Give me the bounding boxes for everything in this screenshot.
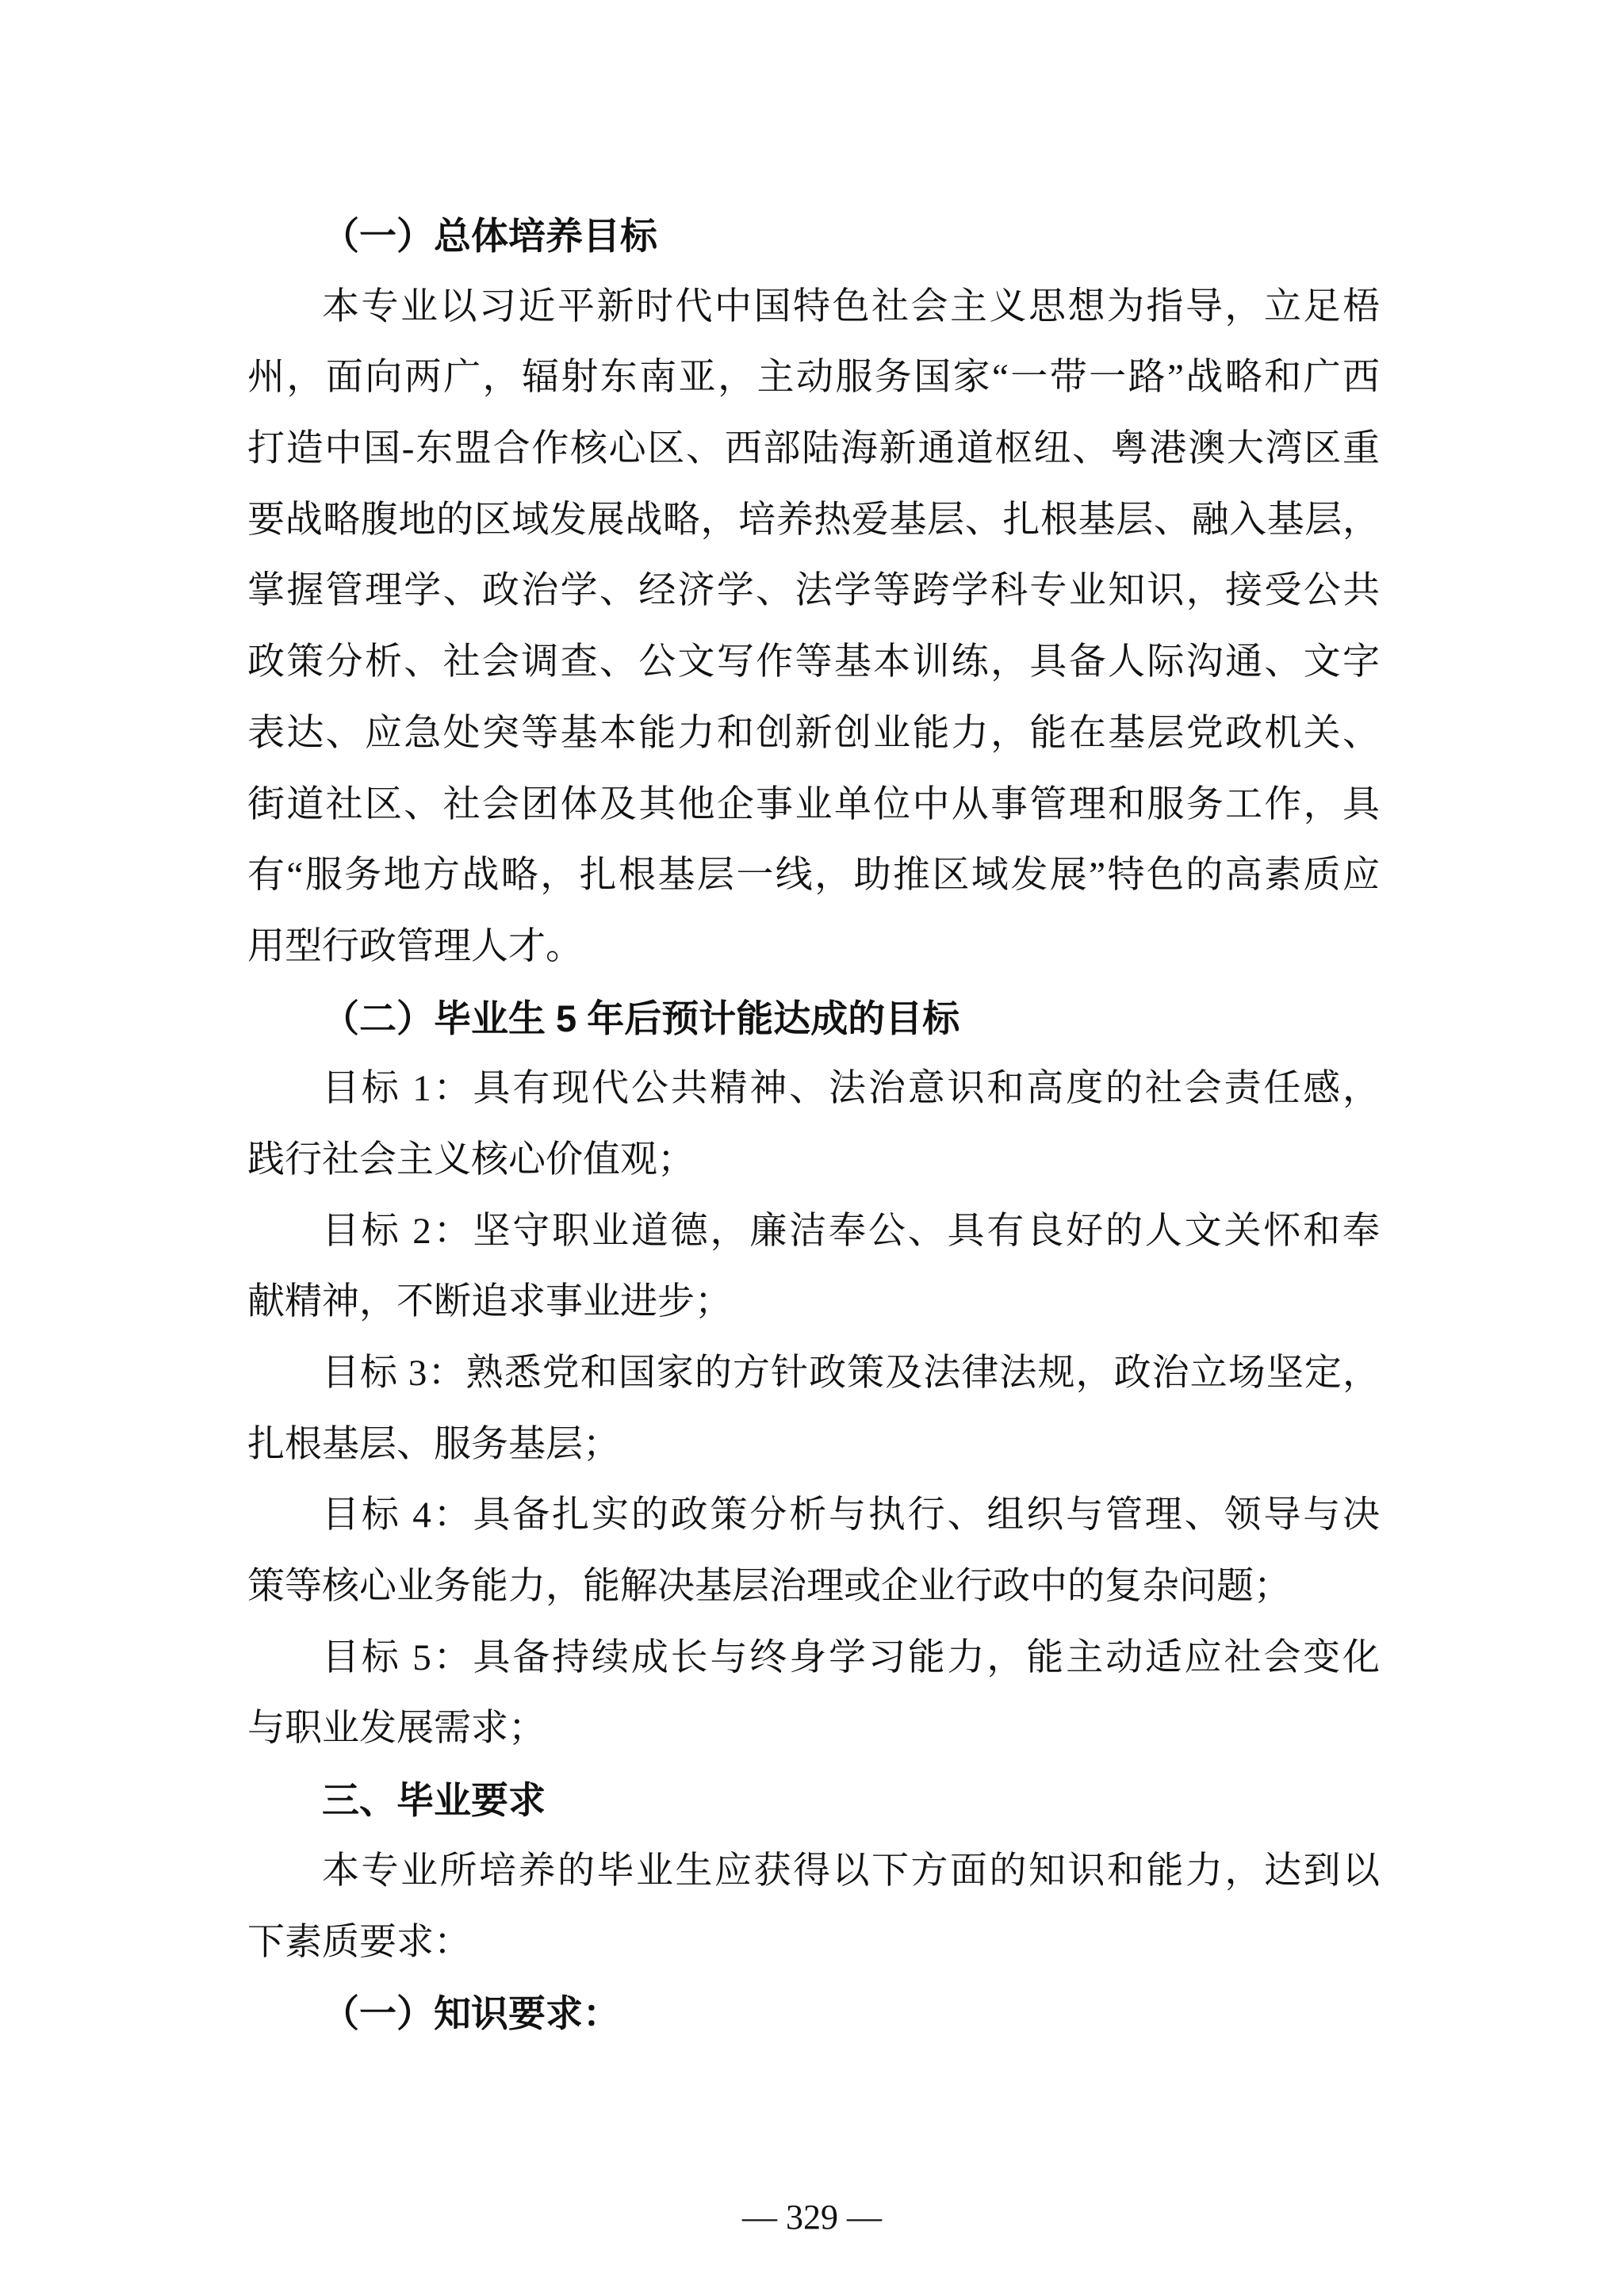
- text-line: 用型行政管理人才。: [247, 912, 1380, 983]
- text-line: 表达、应急处突等基本能力和创新创业能力，能在基层党政机关、: [247, 698, 1380, 770]
- text-line: 下素质要求：: [247, 1908, 1380, 1979]
- section-heading: 三、毕业要求: [247, 1765, 1380, 1836]
- document-page: （一）总体培养目标 本专业以习近平新时代中国特色社会主义思想为指导，立足梧 州，…: [0, 0, 1624, 2296]
- text-line: 要战略腹地的区域发展战略，培养热爱基层、扎根基层、融入基层，: [247, 485, 1380, 557]
- text-line: 目标 4：具备扎实的政策分析与执行、组织与管理、领导与决: [247, 1480, 1380, 1552]
- text-line: 践行社会主义核心价值观；: [247, 1125, 1380, 1196]
- text-line: 有“服务地方战略，扎根基层一线，助推区域发展”特色的高素质应: [247, 840, 1380, 912]
- text-line: 本专业所培养的毕业生应获得以下方面的知识和能力，达到以: [247, 1836, 1380, 1908]
- section-heading: （二）毕业生 5 年后预计能达成的目标: [247, 983, 1380, 1054]
- text-line: 献精神，不断追求事业进步；: [247, 1267, 1380, 1338]
- text-line: 与职业发展需求；: [247, 1693, 1380, 1765]
- section-heading: （一）总体培养目标: [247, 201, 1380, 272]
- text-line: 目标 2：坚守职业道德，廉洁奉公、具有良好的人文关怀和奉: [247, 1196, 1380, 1268]
- text-line: 打造中国-东盟合作核心区、西部陆海新通道枢纽、粤港澳大湾区重: [247, 414, 1380, 485]
- text-line: 目标 5：具备持续成长与终身学习能力，能主动适应社会变化: [247, 1623, 1380, 1694]
- document-body: （一）总体培养目标 本专业以习近平新时代中国特色社会主义思想为指导，立足梧 州，…: [247, 201, 1380, 2049]
- text-line: 目标 1：具有现代公共精神、法治意识和高度的社会责任感，: [247, 1054, 1380, 1125]
- text-line: 街道社区、社会团体及其他企事业单位中从事管理和服务工作，具: [247, 770, 1380, 841]
- text-line: 州，面向两广，辐射东南亚，主动服务国家“一带一路”战略和广西: [247, 342, 1380, 414]
- text-line: 策等核心业务能力，能解决基层治理或企业行政中的复杂问题；: [247, 1552, 1380, 1623]
- section-heading: （一）知识要求：: [247, 1978, 1380, 2049]
- page-number: — 329 —: [0, 2181, 1624, 2254]
- text-line: 掌握管理学、政治学、经济学、法学等跨学科专业知识，接受公共: [247, 556, 1380, 627]
- text-line: 政策分析、社会调查、公文写作等基本训练，具备人际沟通、文字: [247, 627, 1380, 698]
- text-line: 本专业以习近平新时代中国特色社会主义思想为指导，立足梧: [247, 272, 1380, 343]
- text-line: 目标 3：熟悉党和国家的方针政策及法律法规，政治立场坚定，: [247, 1338, 1380, 1410]
- text-line: 扎根基层、服务基层；: [247, 1410, 1380, 1481]
